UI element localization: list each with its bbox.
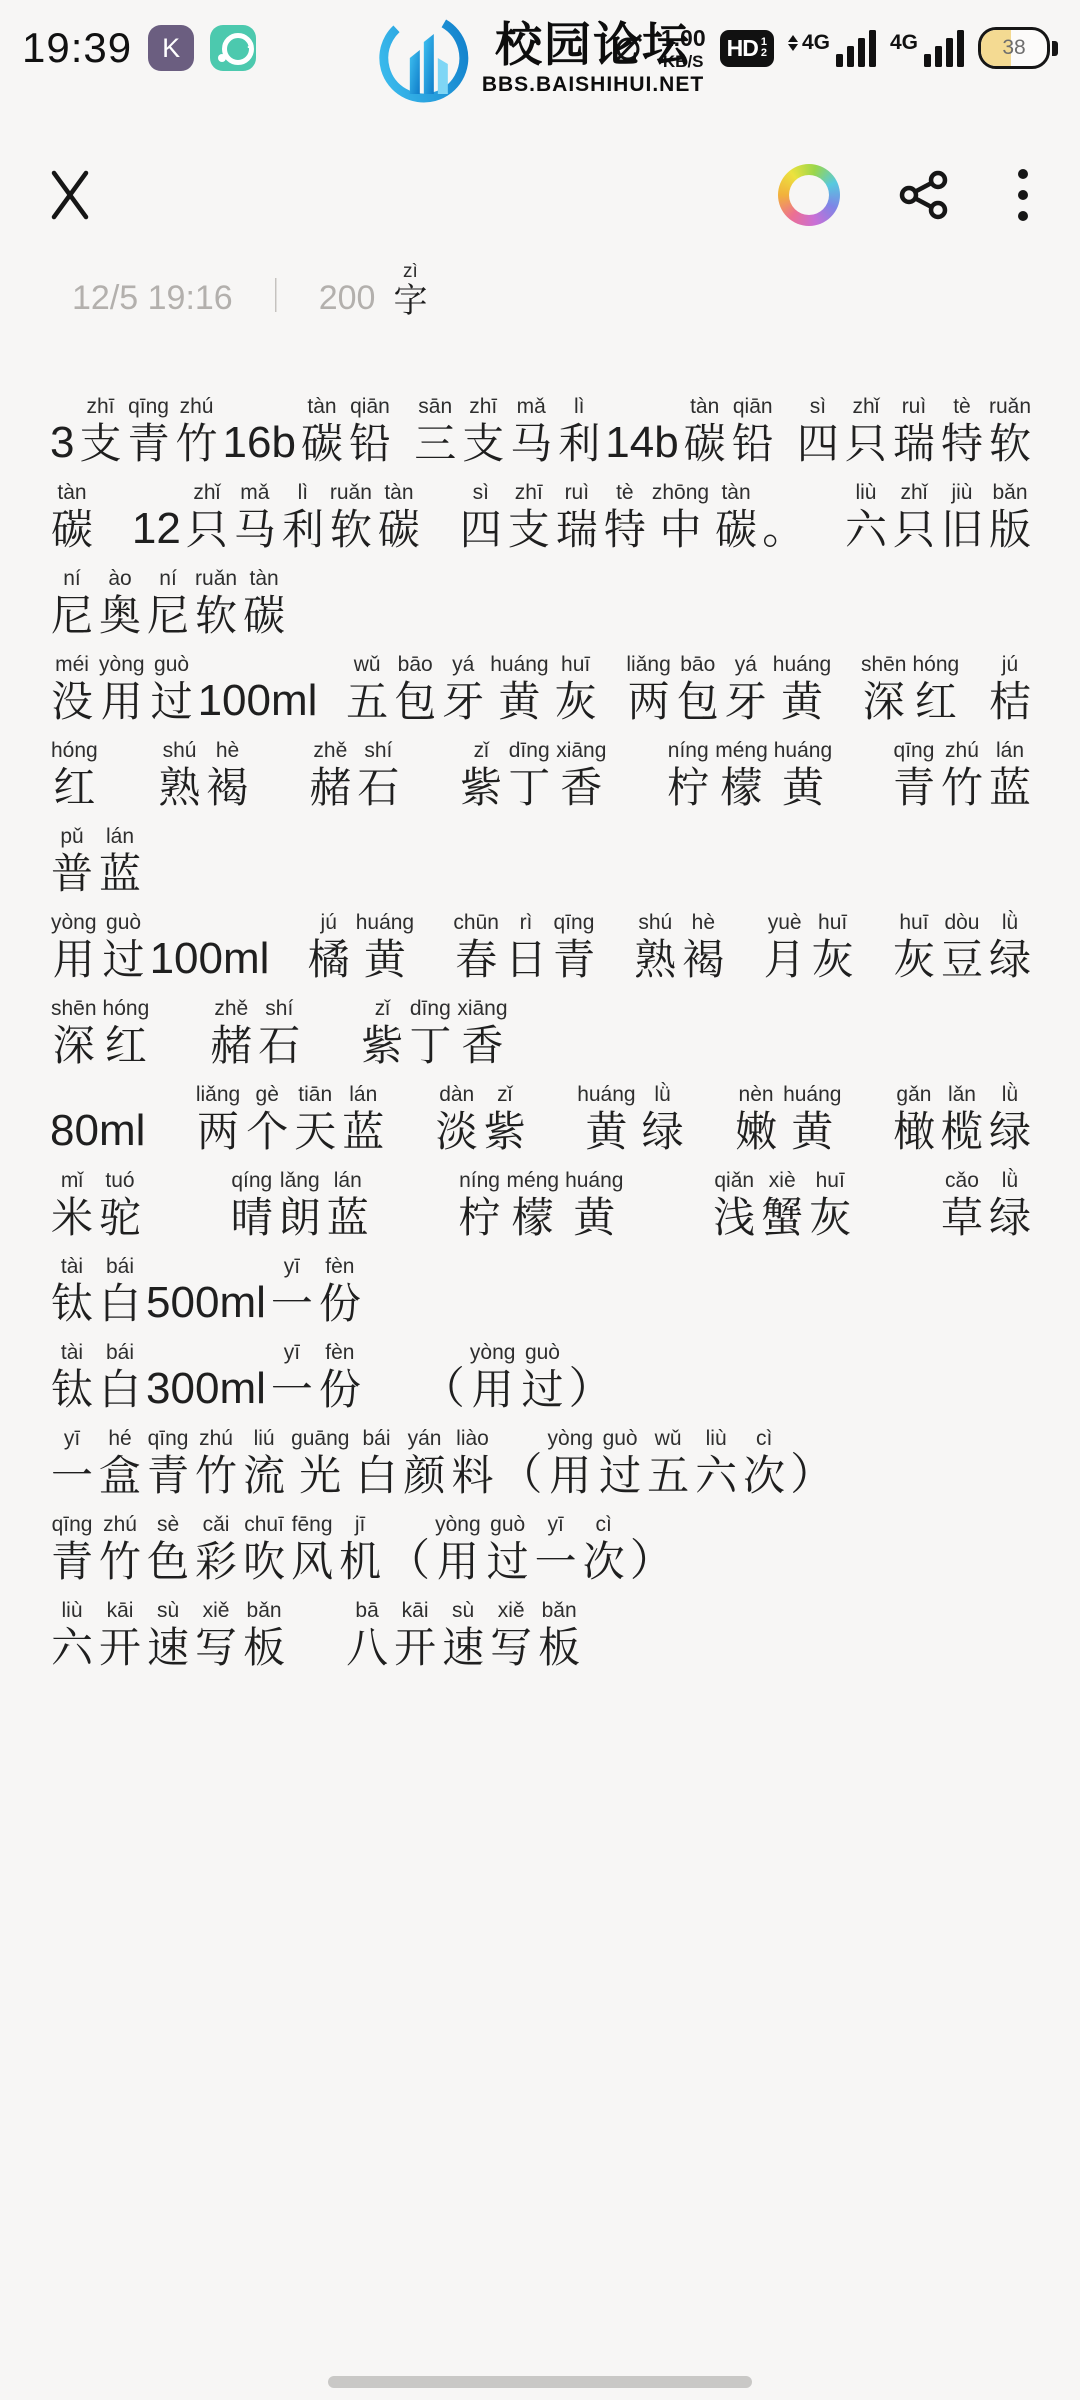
hanzi-char: 次 (743, 1455, 785, 1497)
pinyin-label: lǎn (948, 1084, 976, 1105)
ruby-token: lǜ绿 (986, 1170, 1034, 1239)
sim2-signal-bars (924, 30, 964, 67)
ruby-token: jú橘 (305, 912, 353, 981)
ruby-token: huī灰 (552, 654, 600, 723)
ruby-token: liào料 (449, 1428, 497, 1497)
pinyin-label: bā (355, 1600, 378, 1621)
word-group: yòng用guò过100ml (48, 912, 271, 981)
ruby-token: chūn春 (450, 912, 502, 981)
pinyin-label: yī (64, 1428, 80, 1449)
pinyin-label: ruì (565, 482, 590, 503)
word-group: jú橘huáng黄 (305, 912, 417, 981)
hanzi-char: 桔 (989, 681, 1031, 723)
hanzi-char: 牙 (442, 681, 484, 723)
chat-app-notification-icon: ! (210, 25, 256, 71)
pinyin-label: bǎn (992, 482, 1027, 503)
ruby-token: tàn碳 (681, 396, 729, 465)
word-group: 12zhǐ只mǎ马lì利ruǎn软tàn碳 (130, 482, 423, 551)
pinyin-label: guò (525, 1342, 560, 1363)
pinyin-label: tàn (690, 396, 719, 417)
hanzi-char: 月 (764, 939, 806, 981)
ruby-token: yá牙 (722, 654, 770, 723)
pinyin-label: méng (715, 740, 768, 761)
close-icon[interactable] (42, 167, 98, 223)
hanzi-char: 只 (845, 423, 887, 465)
ruby-token: wǔ五 (343, 654, 391, 723)
ruby-token: ruǎn软 (192, 568, 240, 637)
hanzi-char: 包 (394, 681, 436, 723)
pinyin-label: tè (616, 482, 634, 503)
ruby-token: chuī吹 (240, 1514, 288, 1583)
pinyin-label: lǜ (1002, 1084, 1018, 1105)
hanzi-char: 晴 (231, 1197, 273, 1239)
hanzi-char: 颜 (404, 1455, 446, 1497)
ruby-token: dàn淡 (433, 1084, 481, 1153)
hanzi-char: 六 (845, 509, 887, 551)
hanzi-char: 支 (508, 509, 550, 551)
ruby-token: bāo包 (674, 654, 722, 723)
hanzi-char: 份 (319, 1369, 361, 1411)
hanzi-char: 褐 (207, 767, 249, 809)
word-group: zǐ紫dīng丁xiāng香 (457, 740, 609, 809)
word-group: zhě赭shí石 (306, 740, 402, 809)
ruby-token: qīng青 (144, 1428, 192, 1497)
text-line: tài钛bái白300mlyī一fèn份（yòng用guò过） (48, 1342, 1034, 1411)
pinyin-label: fèn (325, 1256, 354, 1277)
pinyin-label: ruǎn (330, 482, 372, 503)
pinyin-label: huáng (783, 1084, 841, 1105)
hanzi-char: 五 (647, 1455, 689, 1497)
hanzi-char: 石 (357, 767, 399, 809)
hanzi-char: 字 (393, 284, 427, 318)
hanzi-char: 流 (243, 1455, 285, 1497)
hanzi-char: 碳 (51, 509, 93, 551)
pinyin-label: qíng (231, 1170, 272, 1191)
ruby-token: xiě写 (192, 1600, 240, 1669)
pinyin-label: zhī (515, 482, 543, 503)
hanzi-char: 赭 (309, 767, 351, 809)
ruby-token: jiù旧 (938, 482, 986, 551)
ruby-token: bā八 (343, 1600, 391, 1669)
hanzi-char: 深 (863, 681, 905, 723)
pinyin-label: guò (490, 1514, 525, 1535)
hanzi-char: 板 (243, 1627, 285, 1669)
hanzi-char: 灰 (555, 681, 597, 723)
ruby-token: lán蓝 (96, 826, 144, 895)
ruby-token: zhōng中 (649, 482, 712, 551)
pinyin-label: xiè (769, 1170, 796, 1191)
ruby-token: zhú竹 (96, 1514, 144, 1583)
hanzi-char: 软 (195, 595, 237, 637)
text-line: tài钛bái白500mlyī一fèn份 (48, 1256, 1034, 1325)
ruby-token: huī灰 (806, 1170, 854, 1239)
hanzi-char: 四 (797, 423, 839, 465)
word-count: 200 (319, 279, 376, 318)
pinyin-label: pǔ (60, 826, 83, 847)
pinyin-label: qīng (554, 912, 595, 933)
ruby-token: zhī支 (505, 482, 553, 551)
pinyin-label: kāi (402, 1600, 429, 1621)
plain-token: 100ml (148, 937, 272, 981)
word-group: bā八kāi开sù速xiě写bǎn板 (343, 1600, 583, 1669)
word-group: zǐ紫dīng丁xiāng香 (358, 998, 510, 1067)
pinyin-label: huáng (577, 1084, 635, 1105)
ruby-token: bǎn版 (986, 482, 1034, 551)
pinyin-label: lì (298, 482, 309, 503)
hanzi-char: 软 (989, 423, 1031, 465)
word-group: zhě赭shí石 (207, 998, 303, 1067)
word-group: 3zhī支qīng青zhú竹16btàn碳qiān铅 (48, 396, 394, 465)
hanzi-char: 特 (604, 509, 646, 551)
text-line: hóng红shú熟hè褐zhě赭shí石zǐ紫dīng丁xiāng香níng柠m… (48, 740, 1034, 809)
plain-token: 80ml (48, 1109, 147, 1153)
pinyin-label: yòng (470, 1342, 516, 1363)
pinyin-label: bǎn (247, 1600, 282, 1621)
hanzi-char: 浅 (713, 1197, 755, 1239)
plain-token: 16b (221, 421, 298, 465)
pinyin-label: guāng (291, 1428, 349, 1449)
home-indicator[interactable] (328, 2376, 752, 2388)
word-group: mǐ米tuó驼 (48, 1170, 144, 1239)
hanzi-char: 石 (258, 1025, 300, 1067)
pinyin-label: hè (216, 740, 239, 761)
hanzi-char: 紫 (460, 767, 502, 809)
word-group: tài钛bái白300mlyī一fèn份 (48, 1342, 364, 1411)
hanzi-char: 吹 (243, 1541, 285, 1583)
ruby-token: tài钛 (48, 1342, 96, 1411)
pinyin-label: mǎ (240, 482, 269, 503)
pinyin-label: shú (638, 912, 672, 933)
pinyin-label: bái (106, 1342, 134, 1363)
ruby-token: huī灰 (890, 912, 938, 981)
hanzi-char: 只 (893, 509, 935, 551)
hanzi-char: 竹 (195, 1455, 237, 1497)
more-menu-icon[interactable] (1008, 165, 1038, 225)
ruby-token: sù速 (439, 1600, 487, 1669)
ruby-token: liù六 (692, 1428, 740, 1497)
pinyin-label: yī (548, 1514, 564, 1535)
pinyin-label: chūn (453, 912, 499, 933)
hanzi-char: 五 (346, 681, 388, 723)
ruby-token: hè褐 (679, 912, 727, 981)
pinyin-label: bái (362, 1428, 390, 1449)
pinyin-label: lǜ (1002, 1170, 1018, 1191)
pinyin-label: liù (706, 1428, 727, 1449)
sim2-signal-icon: 4G (890, 30, 964, 67)
ruby-token: dòu豆 (938, 912, 986, 981)
pinyin-label: yòng (435, 1514, 481, 1535)
word-group: níng柠méng檬huáng黄 (664, 740, 835, 809)
ruby-token: ruǎn软 (986, 396, 1034, 465)
hanzi-char: 马 (510, 423, 552, 465)
ruby-token: yòng用 (545, 1428, 597, 1497)
word-group: shú熟hè褐 (631, 912, 727, 981)
pinyin-label: bāo (398, 654, 433, 675)
ruby-token: qiān铅 (729, 396, 777, 465)
pinyin-label: qīng (128, 396, 169, 417)
ruby-token: yī一 (268, 1342, 316, 1411)
pinyin-label: ruǎn (989, 396, 1031, 417)
ruby-token: sān三 (411, 396, 459, 465)
ruby-token: lǎng朗 (276, 1170, 324, 1239)
hanzi-char: 豆 (941, 939, 983, 981)
ruby-token: bāo包 (391, 654, 439, 723)
ruby-token: lì利 (279, 482, 327, 551)
plain-token: （ (384, 1539, 432, 1583)
ruby-token: yī一 (268, 1256, 316, 1325)
share-icon[interactable] (898, 169, 950, 221)
word-group: ní尼ào奥ní尼ruǎn软tàn碳 (48, 568, 288, 637)
pinyin-label: jú (321, 912, 337, 933)
pinyin-label: tàn (57, 482, 86, 503)
pinyin-label: yuè (768, 912, 802, 933)
hanzi-char: 色 (147, 1541, 189, 1583)
hanzi-char: 蓝 (342, 1111, 384, 1153)
pinyin-label: jiù (951, 482, 972, 503)
pinyin-label: zǐ (375, 998, 390, 1019)
ruby-token: tuó驼 (96, 1170, 144, 1239)
hanzi-char: 四 (460, 509, 502, 551)
hanzi-char: 只 (186, 509, 228, 551)
word-group: qīng青zhú竹lán蓝 (890, 740, 1034, 809)
hanzi-char: 尼 (51, 595, 93, 637)
hanzi-char: 六 (695, 1455, 737, 1497)
hanzi-char: 丁 (508, 767, 550, 809)
plain-token: 14b (603, 421, 680, 465)
ruby-token: zǐ紫 (481, 1084, 529, 1153)
sim1-signal-icon: 4G (788, 30, 876, 67)
plain-token: ） (566, 1367, 614, 1411)
pinyin-label: tài (61, 1342, 83, 1363)
hanzi-char: 写 (490, 1627, 532, 1669)
text-line: shēn深hóng红zhě赭shí石zǐ紫dīng丁xiāng香 (48, 998, 1034, 1067)
word-group: yī一hé盒qīng青zhú竹liú流guāng光bái白yán颜liào料（y… (48, 1428, 836, 1497)
pinyin-label: mǎ (517, 396, 546, 417)
ruby-token: liù六 (48, 1600, 96, 1669)
pinyin-label: dīng (509, 740, 550, 761)
pinyin-label: sù (157, 1600, 179, 1621)
ruby-token: guò过 (100, 912, 148, 981)
ruby-token: yán颜 (401, 1428, 449, 1497)
text-line: 3zhī支qīng青zhú竹16btàn碳qiān铅sān三zhī支mǎ马lì利… (48, 396, 1034, 465)
hanzi-char: 份 (319, 1283, 361, 1325)
plain-token: 500ml (144, 1281, 268, 1325)
hanzi-char: 驼 (99, 1197, 141, 1239)
ruby-token: xiāng香 (454, 998, 510, 1067)
ruby-token: wǔ五 (644, 1428, 692, 1497)
pinyin-label: qiān (350, 396, 390, 417)
pinyin-label: shí (265, 998, 293, 1019)
word-group: qiǎn浅xiè蟹huī灰 (710, 1170, 854, 1239)
hanzi-char: 青 (128, 423, 170, 465)
pinyin-label: liù (855, 482, 876, 503)
ruby-token: zhǐ只 (183, 482, 231, 551)
ruby-token: lǎn榄 (938, 1084, 986, 1153)
word-group: tài钛bái白500mlyī一fèn份 (48, 1256, 364, 1325)
hanzi-char: 碳 (684, 423, 726, 465)
ruby-token: qīng青 (890, 740, 938, 809)
ruby-token: qiān铅 (346, 396, 394, 465)
hanzi-char: 软 (330, 509, 372, 551)
ruby-token: huáng黄 (770, 654, 834, 723)
pinyin-label: zhǐ (901, 482, 928, 503)
word-group: nèn嫩huáng黄 (732, 1084, 844, 1153)
pinyin-label: cǎi (203, 1514, 230, 1535)
pinyin-label: zhī (86, 396, 114, 417)
hanzi-char: 一 (51, 1455, 93, 1497)
post-meta: 12/5 19:16 ｜ 200 zì 字 (72, 262, 427, 318)
hanzi-char: 用 (472, 1369, 514, 1411)
hanzi-char: 绿 (642, 1111, 684, 1153)
ruby-token: xiāng香 (553, 740, 609, 809)
pinyin-label: lì (574, 396, 585, 417)
ruby-token: mǎ马 (231, 482, 279, 551)
hanzi-char: 蓝 (99, 853, 141, 895)
ruby-token: liǎng两 (623, 654, 673, 723)
plain-token: ） (628, 1539, 676, 1583)
pinyin-label: wǔ (655, 1428, 682, 1449)
pinyin-label: xiāng (556, 740, 606, 761)
hanzi-char: 三 (414, 423, 456, 465)
hanzi-char: 马 (234, 509, 276, 551)
hanzi-char: 风 (291, 1541, 333, 1583)
hanzi-char: 黄 (782, 767, 824, 809)
pinyin-label: zǐ (497, 1084, 512, 1105)
pinyin-label: tè (953, 396, 971, 417)
pinyin-label: zhú (945, 740, 979, 761)
hanzi-char: 嫩 (735, 1111, 777, 1153)
ruby-token: ào奥 (96, 568, 144, 637)
pinyin-label: jī (355, 1514, 366, 1535)
hanzi-char: 白 (99, 1369, 141, 1411)
color-wheel-icon[interactable] (778, 164, 840, 226)
ruby-token: qīng青 (550, 912, 598, 981)
ruby-token: zhī支 (76, 396, 124, 465)
ruby-token: lán蓝 (339, 1084, 387, 1153)
ruby-token: sù速 (144, 1600, 192, 1669)
hanzi-char: 青 (51, 1541, 93, 1583)
pinyin-label: sì (810, 396, 826, 417)
word-group: huáng黄lǜ绿 (574, 1084, 686, 1153)
pinyin-label: hóng (51, 740, 98, 761)
text-line: qīng青zhú竹sè色cǎi彩chuī吹fēng风jī机（yòng用guò过y… (48, 1514, 1034, 1583)
word-group: jú桔 (986, 654, 1034, 723)
ruby-token: fēng风 (288, 1514, 336, 1583)
ruby-token: dīng丁 (406, 998, 454, 1067)
hanzi-char: 一 (271, 1283, 313, 1325)
word-group: pǔ普lán蓝 (48, 826, 144, 895)
ruby-token: cì次 (580, 1514, 628, 1583)
ruby-token: cǎi彩 (192, 1514, 240, 1583)
hanzi-char: 淡 (436, 1111, 478, 1153)
hanzi-char: 绿 (989, 1111, 1031, 1153)
word-group: gǎn橄lǎn榄lǜ绿 (890, 1084, 1034, 1153)
hanzi-char: 特 (941, 423, 983, 465)
ruby-token: huáng黄 (780, 1084, 844, 1153)
ruby-token: méng檬 (504, 1170, 563, 1239)
pinyin-label: qīng (894, 740, 935, 761)
pinyin-label: tàn (249, 568, 278, 589)
hanzi-char: 蓝 (327, 1197, 369, 1239)
ruby-token: yòng用 (48, 912, 100, 981)
pinyin-label: guò (106, 912, 141, 933)
pinyin-label: guò (154, 654, 189, 675)
pinyin-label: ruì (902, 396, 927, 417)
pinyin-label: tuó (105, 1170, 134, 1191)
ruby-token: bái白 (352, 1428, 400, 1497)
plain-token: （ (497, 1453, 545, 1497)
pinyin-label: lǜ (1002, 912, 1018, 933)
pinyin-label: méng (507, 1170, 560, 1191)
pinyin-label: xiāng (457, 998, 507, 1019)
post-datetime: 12/5 19:16 (72, 279, 233, 318)
hanzi-char: 旧 (941, 509, 983, 551)
plain-token: 300ml (144, 1367, 268, 1411)
chat-icon-bang: ! (246, 35, 251, 51)
hanzi-char: 用 (53, 939, 95, 981)
hanzi-char: 过 (151, 681, 193, 723)
word-group: qīng青zhú竹sè色cǎi彩chuī吹fēng风jī机（yòng用guò过y… (48, 1514, 676, 1583)
ruby-token: méi没 (48, 654, 96, 723)
hanzi-char: 奥 (99, 595, 141, 637)
ruby-token: yòng用 (467, 1342, 519, 1411)
hanzi-char: 橘 (308, 939, 350, 981)
word-group: （yòng用guò过） (419, 1342, 615, 1411)
pinyin-label: lǜ (654, 1084, 670, 1105)
word-group: sì四zhī支ruì瑞tè特zhōng中tàn碳。 (457, 482, 808, 551)
ruby-token: níng柠 (664, 740, 712, 809)
pinyin-label: qīng (52, 1514, 93, 1535)
hanzi-char: 碳 (243, 595, 285, 637)
pinyin-label: nèn (739, 1084, 774, 1105)
pinyin-label: zhě (214, 998, 248, 1019)
pinyin-label: níng (459, 1170, 500, 1191)
hanzi-char: 柠 (667, 767, 709, 809)
pinyin-label: bāo (680, 654, 715, 675)
pinyin-label: qiǎn (714, 1170, 754, 1191)
pinyin-label: qiān (733, 396, 773, 417)
ruby-token: sì四 (794, 396, 842, 465)
pinyin-label: qīng (148, 1428, 189, 1449)
word-group: shēn深hóng红 (858, 654, 962, 723)
pinyin-label: fèn (325, 1342, 354, 1363)
ruby-token: liǎng两 (193, 1084, 243, 1153)
ruby-token: mǎ马 (507, 396, 555, 465)
pinyin-label: liú (254, 1428, 275, 1449)
ruby-token: jú桔 (986, 654, 1034, 723)
word-group: shú熟hè褐 (156, 740, 252, 809)
hanzi-char: 一 (535, 1541, 577, 1583)
hanzi-char: 牙 (725, 681, 767, 723)
hanzi-char: 橄 (893, 1111, 935, 1153)
plain-token: （ (419, 1367, 467, 1411)
pinyin-label: ruǎn (195, 568, 237, 589)
hanzi-char: 六 (51, 1627, 93, 1669)
ruby-token: tè特 (601, 482, 649, 551)
plain-token: 12 (130, 507, 183, 551)
hanzi-char: 机 (339, 1541, 381, 1583)
pinyin-label: kāi (107, 1600, 134, 1621)
hanzi-char: 黄 (498, 681, 540, 723)
word-group: sān三zhī支mǎ马lì利14btàn碳qiān铅 (411, 396, 777, 465)
meta-separator: ｜ (251, 269, 301, 318)
pinyin-label: ní (159, 568, 177, 589)
hanzi-char: 速 (147, 1627, 189, 1669)
text-line: méi没yòng用guò过100mlwǔ五bāo包yá牙huáng黄huī灰li… (48, 654, 1034, 723)
ruby-token: lǜ绿 (986, 1084, 1034, 1153)
pinyin-label: bǎn (542, 1600, 577, 1621)
pinyin-label: cì (756, 1428, 772, 1449)
